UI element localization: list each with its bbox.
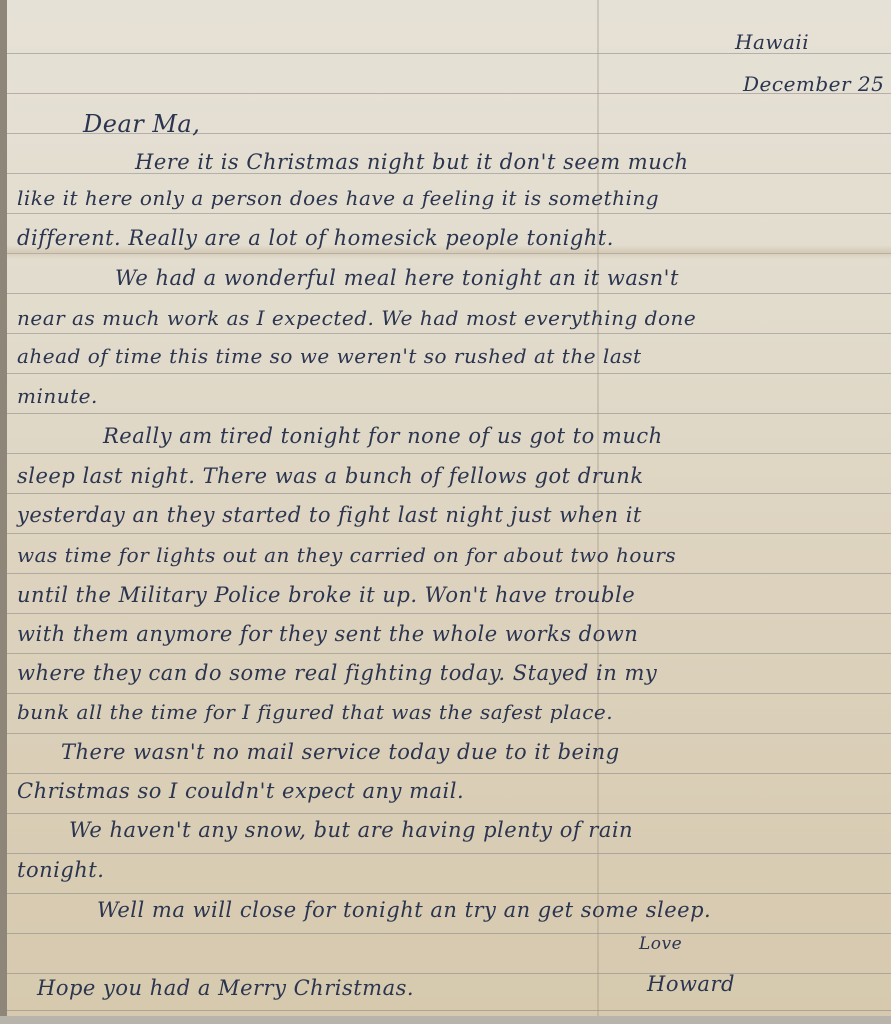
letter-paper: Hawaii December 25 Dear Ma, Here it is C… (7, 0, 891, 1016)
letter-place: Hawaii (735, 30, 809, 54)
ruled-line (7, 973, 891, 974)
postscript: Hope you had a Merry Christmas. (37, 976, 414, 1000)
letter-line: tonight. (17, 858, 104, 882)
letter-line: We had a wonderful meal here tonight an … (115, 266, 679, 290)
letter-line: Christmas so I couldn't expect any mail. (17, 779, 464, 803)
letter-line: bunk all the time for I figured that was… (17, 700, 613, 724)
ruled-line (7, 813, 891, 814)
ruled-line (7, 613, 891, 614)
ruled-line (7, 853, 891, 854)
letter-line: was time for lights out an they carried … (17, 543, 676, 567)
ruled-line (7, 493, 891, 494)
ruled-line (7, 1010, 891, 1011)
signature: Howard (647, 972, 735, 996)
letter-line: ahead of time this time so we weren't so… (17, 344, 642, 368)
letter-line: We haven't any snow, but are having plen… (69, 818, 633, 842)
letter-line: Well ma will close for tonight an try an… (97, 898, 711, 922)
letter-line: yesterday an they started to fight last … (17, 503, 642, 527)
ruled-line (7, 413, 891, 414)
letter-line: where they can do some real fighting tod… (17, 661, 657, 685)
letter-line: sleep last night. There was a bunch of f… (17, 464, 644, 488)
ruled-line (7, 693, 891, 694)
ruled-line (7, 573, 891, 574)
letter-line: Really am tired tonight for none of us g… (103, 424, 663, 448)
salutation: Dear Ma, (83, 110, 200, 138)
letter-date: December 25 (743, 72, 884, 96)
closing: Love (639, 934, 682, 954)
ruled-line (7, 453, 891, 454)
ruled-line (7, 893, 891, 894)
letter-line: minute. (17, 384, 98, 408)
ruled-line (7, 733, 891, 734)
letter-line: near as much work as I expected. We had … (17, 306, 696, 330)
letter-line: different. Really are a lot of homesick … (17, 226, 614, 250)
ruled-line (7, 533, 891, 534)
ruled-line (7, 373, 891, 374)
ruled-line (7, 333, 891, 334)
background-surface (0, 1016, 891, 1024)
ruled-line (7, 933, 891, 934)
letter-line: Here it is Christmas night but it don't … (135, 150, 689, 174)
letter-line: like it here only a person does have a f… (17, 186, 659, 210)
ruled-line (7, 213, 891, 214)
ruled-line (7, 773, 891, 774)
ruled-line (7, 653, 891, 654)
letter-line: with them anymore for they sent the whol… (17, 622, 638, 646)
letter-line: There wasn't no mail service today due t… (61, 740, 620, 764)
letter-line: until the Military Police broke it up. W… (17, 583, 635, 607)
ruled-line (7, 293, 891, 294)
